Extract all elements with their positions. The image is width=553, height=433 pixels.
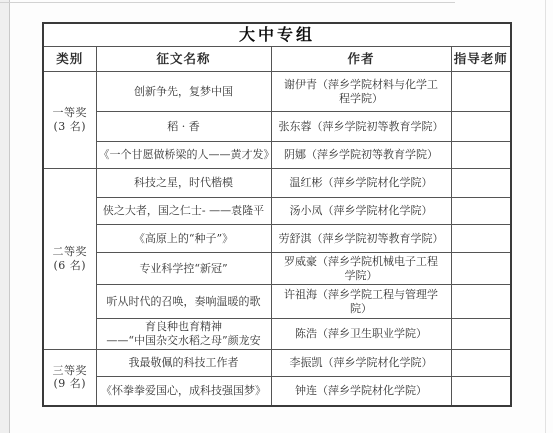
essay-title-cell: 听从时代的召唤，奏响温暖的歌 <box>96 285 271 319</box>
essay-title-cell: 《高原上的“种子”》 <box>96 225 271 253</box>
essay-title-cell: 我最敬佩的科技工作者 <box>96 349 271 376</box>
author-cell: 罗威豪（萍乡学院机械电子工程 学院） <box>271 253 451 285</box>
advisor-cell <box>451 169 511 198</box>
essay-title-cell: 创新争先，复梦中国 <box>96 72 271 112</box>
table-row: 三等奖 (9 名) 我最敬佩的科技工作者 李振凯（萍乡学院材化学院） <box>43 349 511 376</box>
essay-title-cell: 侠之大者，国之仁士- ——袁隆平 <box>96 198 271 225</box>
table-row: 《一个甘愿做桥梁的人——黄才发》 阴娜（萍乡学院初等教育学院） <box>43 142 511 169</box>
table-title: 大中专组 <box>43 23 511 47</box>
essay-title-cell: 稻 · 香 <box>96 112 271 142</box>
essay-title-cell: 《一个甘愿做桥梁的人——黄才发》 <box>96 142 271 169</box>
header-author: 作者 <box>271 47 451 72</box>
advisor-cell <box>451 319 511 350</box>
author-cell: 谢伊青（萍乡学院材料与化学工 程学院） <box>271 72 451 112</box>
advisor-cell <box>451 376 511 406</box>
header-essay-title: 征文名称 <box>96 47 271 72</box>
table-row: 稻 · 香 张东蓉（萍乡学院初等教育学院） <box>43 112 511 142</box>
header-category: 类别 <box>43 47 96 72</box>
table-row: 二等奖 (6 名) 科技之星，时代楷模 温红彬（萍乡学院材化学院） <box>43 169 511 198</box>
advisor-cell <box>451 72 511 112</box>
author-cell: 劳舒淇（萍乡学院初等教育学院） <box>271 225 451 253</box>
author-cell: 阴娜（萍乡学院初等教育学院） <box>271 142 451 169</box>
scan-edge-left <box>0 0 10 433</box>
advisor-cell <box>451 142 511 169</box>
author-cell: 许祖海（萍乡学院工程与管理学 院） <box>271 285 451 319</box>
prize-group-second: 二等奖 (6 名) <box>43 169 96 350</box>
advisor-cell <box>451 253 511 285</box>
table-row: 一等奖 (3 名) 创新争先，复梦中国 谢伊青（萍乡学院材料与化学工 程学院） <box>43 72 511 112</box>
advisor-cell <box>451 112 511 142</box>
author-cell: 温红彬（萍乡学院材化学院） <box>271 169 451 198</box>
advisor-cell <box>451 225 511 253</box>
essay-title-cell: 育良种也育精神 ——“中国杂交水稻之母”颜龙安 <box>96 319 271 350</box>
award-table: 大中专组 类别 征文名称 作者 指导老师 一等奖 (3 名) 创新争先，复梦中国… <box>42 22 512 407</box>
table-row: 育良种也育精神 ——“中国杂交水稻之母”颜龙安 陈浩（萍乡卫生职业学院） <box>43 319 511 350</box>
prize-group-third: 三等奖 (9 名) <box>43 349 96 406</box>
advisor-cell <box>451 198 511 225</box>
table-row: 侠之大者，国之仁士- ——袁隆平 汤小凤（萍乡学院材化学院） <box>43 198 511 225</box>
scanned-page: 大中专组 类别 征文名称 作者 指导老师 一等奖 (3 名) 创新争先，复梦中国… <box>0 0 553 433</box>
essay-title-cell: 专业科学控“新冠” <box>96 253 271 285</box>
author-cell: 张东蓉（萍乡学院初等教育学院） <box>271 112 451 142</box>
author-cell: 李振凯（萍乡学院材化学院） <box>271 349 451 376</box>
advisor-cell <box>451 349 511 376</box>
scan-edge-top <box>0 2 455 3</box>
essay-title-cell: 《怀拳拳爱国心，成科技强国梦》 <box>96 376 271 406</box>
advisor-cell <box>451 285 511 319</box>
prize-group-first: 一等奖 (3 名) <box>43 72 96 169</box>
table-row: 听从时代的召唤，奏响温暖的歌 许祖海（萍乡学院工程与管理学 院） <box>43 285 511 319</box>
table-row: 专业科学控“新冠” 罗威豪（萍乡学院机械电子工程 学院） <box>43 253 511 285</box>
essay-title-cell: 科技之星，时代楷模 <box>96 169 271 198</box>
table-row: 《高原上的“种子”》 劳舒淇（萍乡学院初等教育学院） <box>43 225 511 253</box>
author-cell: 陈浩（萍乡卫生职业学院） <box>271 319 451 350</box>
header-advisor: 指导老师 <box>451 47 511 72</box>
scan-edge-right <box>545 0 546 433</box>
author-cell: 汤小凤（萍乡学院材化学院） <box>271 198 451 225</box>
table-row: 《怀拳拳爱国心，成科技强国梦》 钟连（萍乡学院材化学院） <box>43 376 511 406</box>
author-cell: 钟连（萍乡学院材化学院） <box>271 376 451 406</box>
